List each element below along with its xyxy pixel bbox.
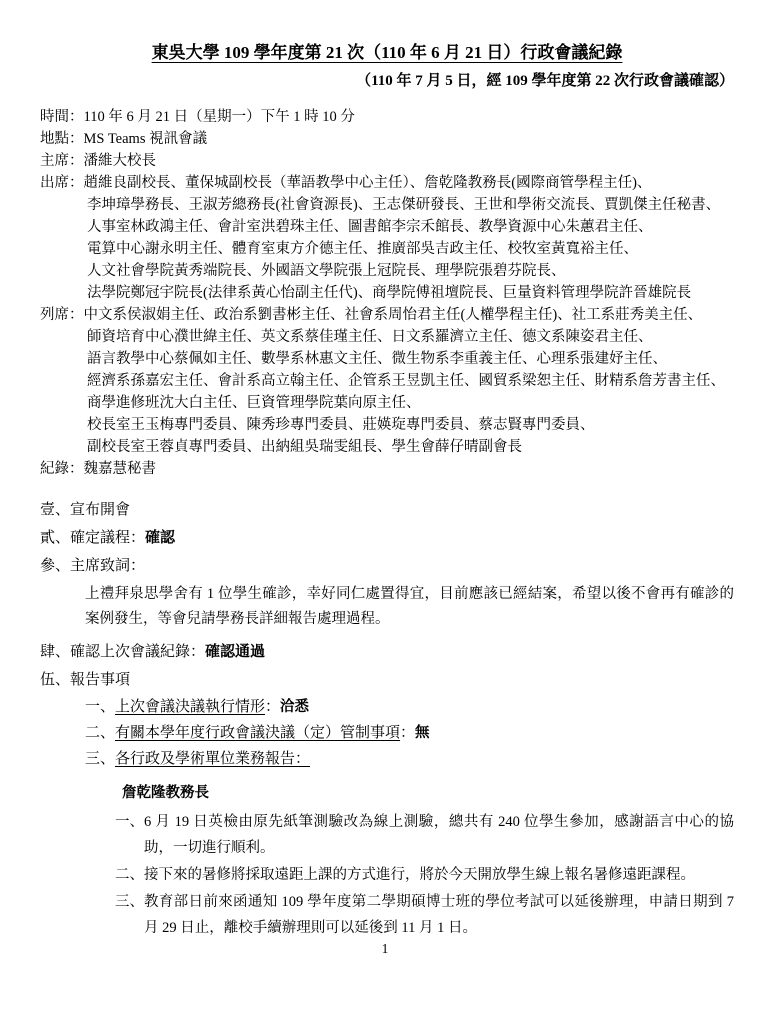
- recorder-line: 紀錄：魏嘉慧秘書: [40, 458, 734, 480]
- meta-place: 地點：MS Teams 視訊會議: [40, 128, 734, 150]
- section-2: 貳、確定議程：確認: [40, 524, 734, 552]
- section-2-marker: 貳、: [40, 530, 70, 546]
- page-number: 1: [0, 941, 770, 957]
- observer-line: 師資培育中心濮世緯主任、英文系蔡佳瑾主任、日文系羅濟立主任、德文系陳姿君主任、: [87, 326, 734, 348]
- attendee-line: 法學院鄭冠宇院長(法律系黃心怡副主任代)、商學院傅祖壇院長、巨量資料管理學院許晉…: [87, 282, 734, 304]
- section-4-marker: 肆、: [40, 644, 70, 660]
- recorder-value: 魏嘉慧秘書: [84, 461, 157, 477]
- attendees-block: 出席：趙維良副校長、董保城副校長（華語教學中心主任）、詹乾隆教務長(國際商管學程…: [40, 172, 734, 304]
- observer-line: 校長室王玉梅專門委員、陳秀珍專門委員、莊媖琁專門委員、蔡志賢專門委員、: [87, 414, 734, 436]
- subitem-1: 一、上次會議決議執行情形：洽悉: [85, 694, 734, 720]
- subitem-3-label: 各行政及學術單位業務報告：: [115, 751, 310, 767]
- subitem-2-marker: 二、: [85, 725, 115, 741]
- agenda-sections: 壹、宣布開會 貳、確定議程：確認 參、主席致詞： 上禮拜泉思學舍有 1 位學生確…: [40, 496, 734, 941]
- attendee-line: 人事室林政鴻主任、會計室洪碧珠主任、圖書館李宗禾館長、教學資源中心朱蕙君主任、: [87, 216, 734, 238]
- meta-time-value: 110 年 6 月 21 日（星期一）下午 1 時 10 分: [84, 109, 355, 125]
- report-item-1: 一、 6 月 19 日英檢由原先紙筆測驗改為線上測驗，總共有 240 位學生參加…: [115, 809, 734, 861]
- subitem-3: 三、各行政及學術單位業務報告：: [85, 746, 734, 772]
- subitem-2: 二、有關本學年度行政會議決議（定）管制事項：無: [85, 720, 734, 746]
- section-5-marker: 伍、: [40, 672, 70, 688]
- subitem-3-marker: 三、: [85, 751, 115, 767]
- subitem-1-sep: ：: [265, 699, 280, 715]
- observer-line: 商學進修班沈大白主任、巨資管理學院葉向原主任、: [87, 392, 734, 414]
- page-title: 東吳大學 109 學年度第 21 次（110 年 6 月 21 日）行政會議紀錄: [40, 42, 734, 64]
- section-2-title: 確定議程：: [70, 530, 145, 546]
- chair-remarks-paragraph: 上禮拜泉思學舍有 1 位學生確診，幸好同仁處置得宜，目前應該已經結案，希望以後不…: [85, 582, 734, 632]
- doc-subtitle-text: （110 年 7 月 5 日，經 109 學年度第 22 次行政會議確認）: [356, 73, 734, 89]
- section-1: 壹、宣布開會: [40, 496, 734, 524]
- section-5: 伍、報告事項: [40, 666, 734, 694]
- subitem-1-label: 上次會議決議執行情形: [115, 699, 265, 715]
- meta-chair-value: 潘維大校長: [84, 153, 157, 169]
- section-2-value: 確認: [145, 530, 175, 546]
- observer-line: 語言教學中心蔡佩如主任、數學系林惠文主任、微生物系李重義主任、心理系張建妤主任、: [87, 348, 734, 370]
- report-subitems: 一、上次會議決議執行情形：洽悉 二、有關本學年度行政會議決議（定）管制事項：無 …: [85, 694, 734, 772]
- section-1-marker: 壹、: [40, 502, 70, 518]
- report-item-2-text: 接下來的暑修將採取遠距上課的方式進行，將於今天開放學生線上報名暑修遠距課程。: [144, 862, 734, 888]
- attendee-line: 人文社會學院黃秀端院長、外國語文學院張上冠院長、理學院張碧芬院長、: [87, 260, 734, 282]
- doc-subtitle: （110 年 7 月 5 日，經 109 學年度第 22 次行政會議確認）: [40, 71, 734, 91]
- observers-block: 列席：中文系侯淑娟主任、政治系劉書彬主任、社會系周怡君主任(人權學程主任)、社工…: [40, 304, 734, 458]
- report-item-3-text: 教育部日前來函通知 109 學年度第二學期碩博士班的學位考試可以延後辦理，申請日…: [144, 889, 734, 941]
- document-page: 東吳大學 109 學年度第 21 次（110 年 6 月 21 日）行政會議紀錄…: [0, 0, 770, 1024]
- report-item-3: 三、 教育部日前來函通知 109 學年度第二學期碩博士班的學位考試可以延後辦理，…: [115, 889, 734, 941]
- subitem-1-marker: 一、: [85, 699, 115, 715]
- attendee-line: 出席：趙維良副校長、董保城副校長（華語教學中心主任）、詹乾隆教務長(國際商管學程…: [40, 172, 734, 194]
- meta-time: 時間：110 年 6 月 21 日（星期一）下午 1 時 10 分: [40, 106, 734, 128]
- observer-line: 副校長室王蓉貞專門委員、出納組吳瑞雯組長、學生會薛仔晴副會長: [87, 436, 734, 458]
- attendee-line-text: 趙維良副校長、董保城副校長（華語教學中心主任）、詹乾隆教務長(國際商管學程主任)…: [84, 175, 652, 191]
- section-4-title: 確認上次會議紀錄：: [70, 644, 205, 660]
- observer-line-text: 中文系侯淑娟主任、政治系劉書彬主任、社會系周怡君主任(人權學程主任)、社工系莊秀…: [84, 307, 703, 323]
- report-item-1-marker: 一、: [115, 809, 144, 861]
- meta-block: 時間：110 年 6 月 21 日（星期一）下午 1 時 10 分 地點：MS …: [40, 106, 734, 480]
- recorder-label: 紀錄：: [40, 461, 84, 477]
- report-speaker: 詹乾隆教務長: [122, 781, 734, 805]
- section-3: 參、主席致詞：: [40, 552, 734, 580]
- section-4: 肆、確認上次會議紀錄：確認通過: [40, 638, 734, 666]
- observer-line: 經濟系孫嘉宏主任、會計系高立翰主任、企管系王昱凱主任、國貿系梁恕主任、財精系詹芳…: [87, 370, 734, 392]
- section-3-marker: 參、: [40, 558, 70, 574]
- attendees-label: 出席：: [40, 175, 84, 191]
- meta-place-label: 地點：: [40, 131, 84, 147]
- attendee-line: 電算中心謝永明主任、體育室東方介德主任、推廣部吳吉政主任、校牧室黃寬裕主任、: [87, 238, 734, 260]
- section-5-title: 報告事項: [70, 672, 130, 688]
- section-3-title: 主席致詞：: [70, 558, 145, 574]
- meta-time-label: 時間：: [40, 109, 84, 125]
- observers-label: 列席：: [40, 307, 84, 323]
- subitem-2-value: 無: [415, 725, 430, 741]
- observer-line: 列席：中文系侯淑娟主任、政治系劉書彬主任、社會系周怡君主任(人權學程主任)、社工…: [40, 304, 734, 326]
- report-item-1-text: 6 月 19 日英檢由原先紙筆測驗改為線上測驗，總共有 240 位學生參加，感謝…: [144, 809, 734, 861]
- subitem-1-value: 洽悉: [280, 699, 309, 715]
- subitem-2-sep: ：: [400, 725, 415, 741]
- attendee-line: 李坤璋學務長、王淑芳總務長(社會資源長)、王志傑研發長、王世和學術交流長、賈凱傑…: [87, 194, 734, 216]
- subitem-2-label: 有關本學年度行政會議決議（定）管制事項: [115, 725, 400, 741]
- section-1-title: 宣布開會: [70, 502, 130, 518]
- doc-title-text: 東吳大學 109 學年度第 21 次（110 年 6 月 21 日）行政會議紀錄: [152, 43, 623, 62]
- section-4-value: 確認通過: [205, 644, 265, 660]
- meta-place-value: MS Teams 視訊會議: [84, 131, 208, 147]
- meta-chair: 主席：潘維大校長: [40, 150, 734, 172]
- report-item-3-marker: 三、: [115, 889, 144, 941]
- report-item-2-marker: 二、: [115, 862, 144, 888]
- report-item-2: 二、 接下來的暑修將採取遠距上課的方式進行，將於今天開放學生線上報名暑修遠距課程…: [115, 862, 734, 888]
- meta-chair-label: 主席：: [40, 153, 84, 169]
